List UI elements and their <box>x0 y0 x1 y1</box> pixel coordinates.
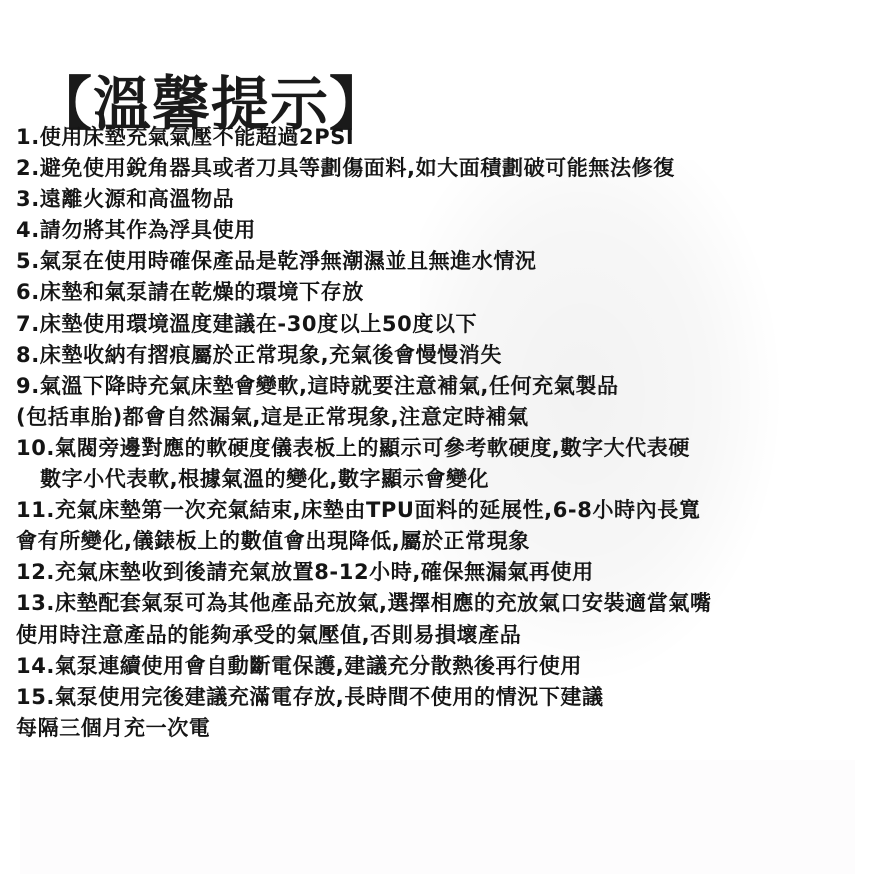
tip-line: 1.使用床墊充氣氣壓不能超過2PSI <box>16 122 866 153</box>
tip-line: 9.氣溫下降時充氣床墊會變軟,這時就要注意補氣,任何充氣製品 <box>16 371 866 402</box>
tip-item-9: 9.氣溫下降時充氣床墊會變軟,這時就要注意補氣,任何充氣製品 (包括車胎)都會自… <box>16 371 866 433</box>
tip-line: 14.氣泵連續使用會自動斷電保護,建議充分散熱後再行使用 <box>16 651 866 682</box>
tip-line: 7.床墊使用環境溫度建議在-30度以上50度以下 <box>16 309 866 340</box>
tip-item-1: 1.使用床墊充氣氣壓不能超過2PSI <box>16 122 866 153</box>
tip-line: 15.氣泵使用完後建議充滿電存放,長時間不使用的情況下建議 <box>16 682 866 713</box>
tip-line: 6.床墊和氣泵請在乾燥的環境下存放 <box>16 277 866 308</box>
tip-item-2: 2.避免使用銳角器具或者刀具等劃傷面料,如大面積劃破可能無法修復 <box>16 153 866 184</box>
tip-line-continuation: 每隔三個月充一次電 <box>16 713 866 744</box>
tip-line: 10.氣閥旁邊對應的軟硬度儀表板上的顯示可參考軟硬度,數字大代表硬 <box>16 433 866 464</box>
tip-item-13: 13.床墊配套氣泵可為其他產品充放氣,選擇相應的充放氣口安裝適當氣嘴 使用時注意… <box>16 588 866 650</box>
tip-line: 4.請勿將其作為浮具使用 <box>16 215 866 246</box>
tip-line-continuation: 使用時注意產品的能夠承受的氣壓值,否則易損壞產品 <box>16 620 866 651</box>
bottom-blank-area <box>20 760 855 874</box>
tip-line: 12.充氣床墊收到後請充氣放置8-12小時,確保無漏氣再使用 <box>16 557 866 588</box>
tip-line-continuation: 數字小代表軟,根據氣溫的變化,數字顯示會變化 <box>16 464 866 495</box>
tip-item-15: 15.氣泵使用完後建議充滿電存放,長時間不使用的情況下建議 每隔三個月充一次電 <box>16 682 866 744</box>
tip-item-14: 14.氣泵連續使用會自動斷電保護,建議充分散熱後再行使用 <box>16 651 866 682</box>
tip-line: 2.避免使用銳角器具或者刀具等劃傷面料,如大面積劃破可能無法修復 <box>16 153 866 184</box>
tip-line-continuation: 會有所變化,儀錶板上的數值會出現降低,屬於正常現象 <box>16 526 866 557</box>
tip-item-8: 8.床墊收納有摺痕屬於正常現象,充氣後會慢慢消失 <box>16 340 866 371</box>
tip-line: 3.遠離火源和高溫物品 <box>16 184 866 215</box>
tip-line: 8.床墊收納有摺痕屬於正常現象,充氣後會慢慢消失 <box>16 340 866 371</box>
tip-line: 13.床墊配套氣泵可為其他產品充放氣,選擇相應的充放氣口安裝適當氣嘴 <box>16 588 866 619</box>
tip-line: 11.充氣床墊第一次充氣結束,床墊由TPU面料的延展性,6-8小時內長寬 <box>16 495 866 526</box>
tip-item-10: 10.氣閥旁邊對應的軟硬度儀表板上的顯示可參考軟硬度,數字大代表硬 數字小代表軟… <box>16 433 866 495</box>
tip-item-6: 6.床墊和氣泵請在乾燥的環境下存放 <box>16 277 866 308</box>
tip-item-5: 5.氣泵在使用時確保產品是乾淨無潮濕並且無進水情況 <box>16 246 866 277</box>
tip-item-3: 3.遠離火源和高溫物品 <box>16 184 866 215</box>
tip-item-4: 4.請勿將其作為浮具使用 <box>16 215 866 246</box>
tip-line: 5.氣泵在使用時確保產品是乾淨無潮濕並且無進水情況 <box>16 246 866 277</box>
tip-item-11: 11.充氣床墊第一次充氣結束,床墊由TPU面料的延展性,6-8小時內長寬 會有所… <box>16 495 866 557</box>
tips-list: 1.使用床墊充氣氣壓不能超過2PSI 2.避免使用銳角器具或者刀具等劃傷面料,如… <box>16 122 866 744</box>
tip-line-continuation: (包括車胎)都會自然漏氣,這是正常現象,注意定時補氣 <box>16 402 866 433</box>
tip-item-7: 7.床墊使用環境溫度建議在-30度以上50度以下 <box>16 309 866 340</box>
tip-item-12: 12.充氣床墊收到後請充氣放置8-12小時,確保無漏氣再使用 <box>16 557 866 588</box>
